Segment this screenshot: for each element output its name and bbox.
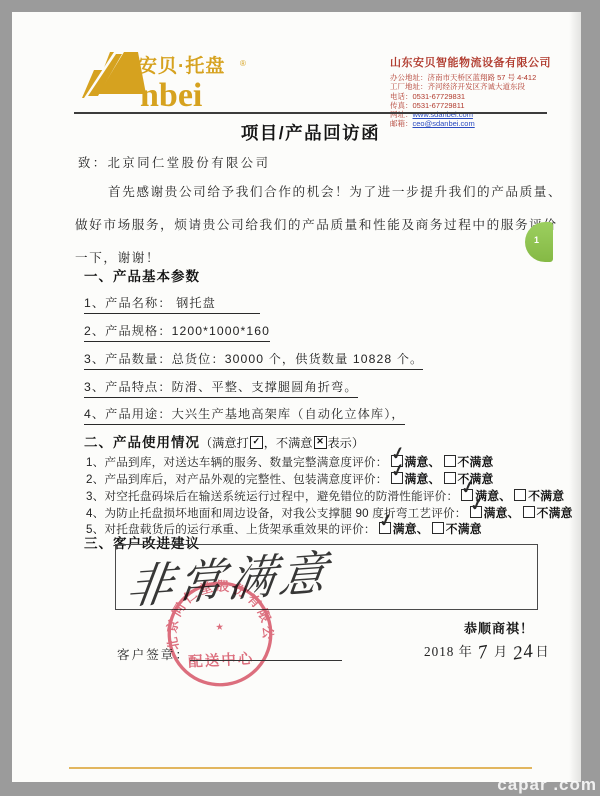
satisfied-checkbox-checked[interactable]: ✓	[470, 506, 482, 518]
handwritten-tick-icon: ✓	[377, 511, 395, 531]
svg-text:北京同仁堂股份有限公司: 北京同仁堂股份有限公司	[159, 573, 276, 652]
rating-item-3: 3、对空托盘码垛后在输送系统运行过程中，避免错位的防滑性能评价：✓满意、不满意	[86, 487, 564, 504]
intro-line-2: 做好市场服务，烦请贵公司给我们的产品质量和性能及商务过程中的服务评价	[75, 214, 553, 233]
logo-reg-mark: ®	[240, 59, 246, 68]
crossed-box-icon: ✕	[314, 436, 327, 449]
product-feature-item: 3、产品特点：防滑、平整、支撑腿圆角折弯。	[84, 378, 358, 398]
company-phone: 电话：0531-67729831	[390, 92, 555, 101]
company-factory-address: 工厂地址：齐河经济开发区齐诚大道东段	[390, 82, 555, 91]
rating-item-2: 2、产品到库后，对产品外观的完整性、包装满意度评价：✓满意、不满意	[86, 470, 494, 487]
addressee-line: 致：北京同仁堂股份有限公司	[78, 153, 270, 171]
product-quantity-item: 3、产品数量：总货位：30000 个，供货数量 10828 个。	[84, 350, 423, 370]
logo-cn-text: 安贝·托盘	[138, 54, 225, 77]
section2-note: （满意打✓，不满意✕表示）	[200, 436, 364, 450]
rating-item-4: 4、为防止托盘损坏地面和周边设备，对我公支撑腿 90 度折弯工艺评价：✓满意、不…	[86, 504, 573, 521]
handwritten-month: 7	[477, 641, 491, 664]
section2-heading: 二、产品使用情况（满意打✓，不满意✕表示）	[84, 431, 364, 451]
company-stamp: 北京同仁堂股份有限公司 ★ 配送中心	[159, 573, 281, 695]
addressee-company: 北京同仁堂股份有限公司	[108, 156, 271, 170]
product-spec-item: 2、产品规格：1200*1000*160	[84, 322, 270, 342]
signature-label: 客户签章：	[117, 648, 190, 662]
section1-heading: 一、产品基本参数	[84, 265, 200, 285]
page-edge-shade	[569, 12, 581, 782]
intro-line-3: 一下，谢谢！	[75, 247, 553, 266]
stamp-star-icon: ★	[215, 622, 224, 632]
closing-salutation: 恭顺商祺！	[392, 618, 534, 637]
handwritten-day: 24	[512, 640, 536, 665]
date-line: 2018 年 7 月 24日	[424, 641, 550, 664]
rating-item-1: 1、产品到库，对送达车辆的服务、数量完整满意度评价：✓满意、不满意	[86, 453, 494, 470]
signature-line	[190, 646, 342, 661]
satisfied-checkbox-checked[interactable]: ✓	[379, 522, 391, 534]
product-name-item: 1、产品名称： 钢托盘	[84, 294, 260, 314]
anbei-logo-a-icon	[82, 52, 146, 98]
footer-gold-rule	[69, 767, 532, 769]
unsatisfied-checkbox-empty[interactable]	[444, 455, 456, 467]
company-fax: 传真：0531-67729811	[390, 101, 555, 110]
document-title: 项目/产品回访函	[74, 120, 547, 145]
satisfied-checkbox-checked[interactable]: ✓	[391, 472, 403, 484]
addressee-label: 致：	[78, 156, 108, 170]
company-office-address: 办公地址：济南市天桥区蓝翔路 57 号 4-412	[390, 73, 555, 82]
unsatisfied-checkbox-empty[interactable]	[514, 489, 526, 501]
scanned-document-page: 安贝·托盘 ® nbei 山东安贝智能物流设备有限公司 办公地址：济南市天桥区蓝…	[12, 12, 581, 782]
header-divider	[74, 112, 547, 114]
side-tab-label: 1	[534, 235, 539, 245]
handwritten-tick-icon: ✓	[389, 461, 407, 481]
company-name: 山东安贝智能物流设备有限公司	[390, 54, 555, 70]
company-info-block: 山东安贝智能物流设备有限公司 办公地址：济南市天桥区蓝翔路 57 号 4-412…	[390, 54, 555, 129]
product-usage-item: 4、产品用途：大兴生产基地高架库（自动化立体库），	[84, 405, 405, 425]
intro-line-1: 首先感谢贵公司给予我们合作的机会！为了进一步提升我们的产品质量、	[75, 181, 586, 200]
site-watermark: capar .com	[497, 775, 597, 795]
logo-en-text: nbei	[140, 77, 202, 114]
checked-box-icon: ✓	[250, 436, 263, 449]
customer-signature-row: 客户签章：	[117, 644, 342, 663]
unsatisfied-checkbox-empty[interactable]	[444, 472, 456, 484]
anbei-logo: 安贝·托盘 ® nbei	[80, 48, 265, 126]
handwritten-tick-icon: ✓	[468, 495, 486, 515]
unsatisfied-checkbox-empty[interactable]	[523, 506, 535, 518]
unsatisfied-checkbox-empty[interactable]	[432, 522, 444, 534]
stamp-ring-text: 北京同仁堂股份有限公司	[159, 573, 276, 652]
